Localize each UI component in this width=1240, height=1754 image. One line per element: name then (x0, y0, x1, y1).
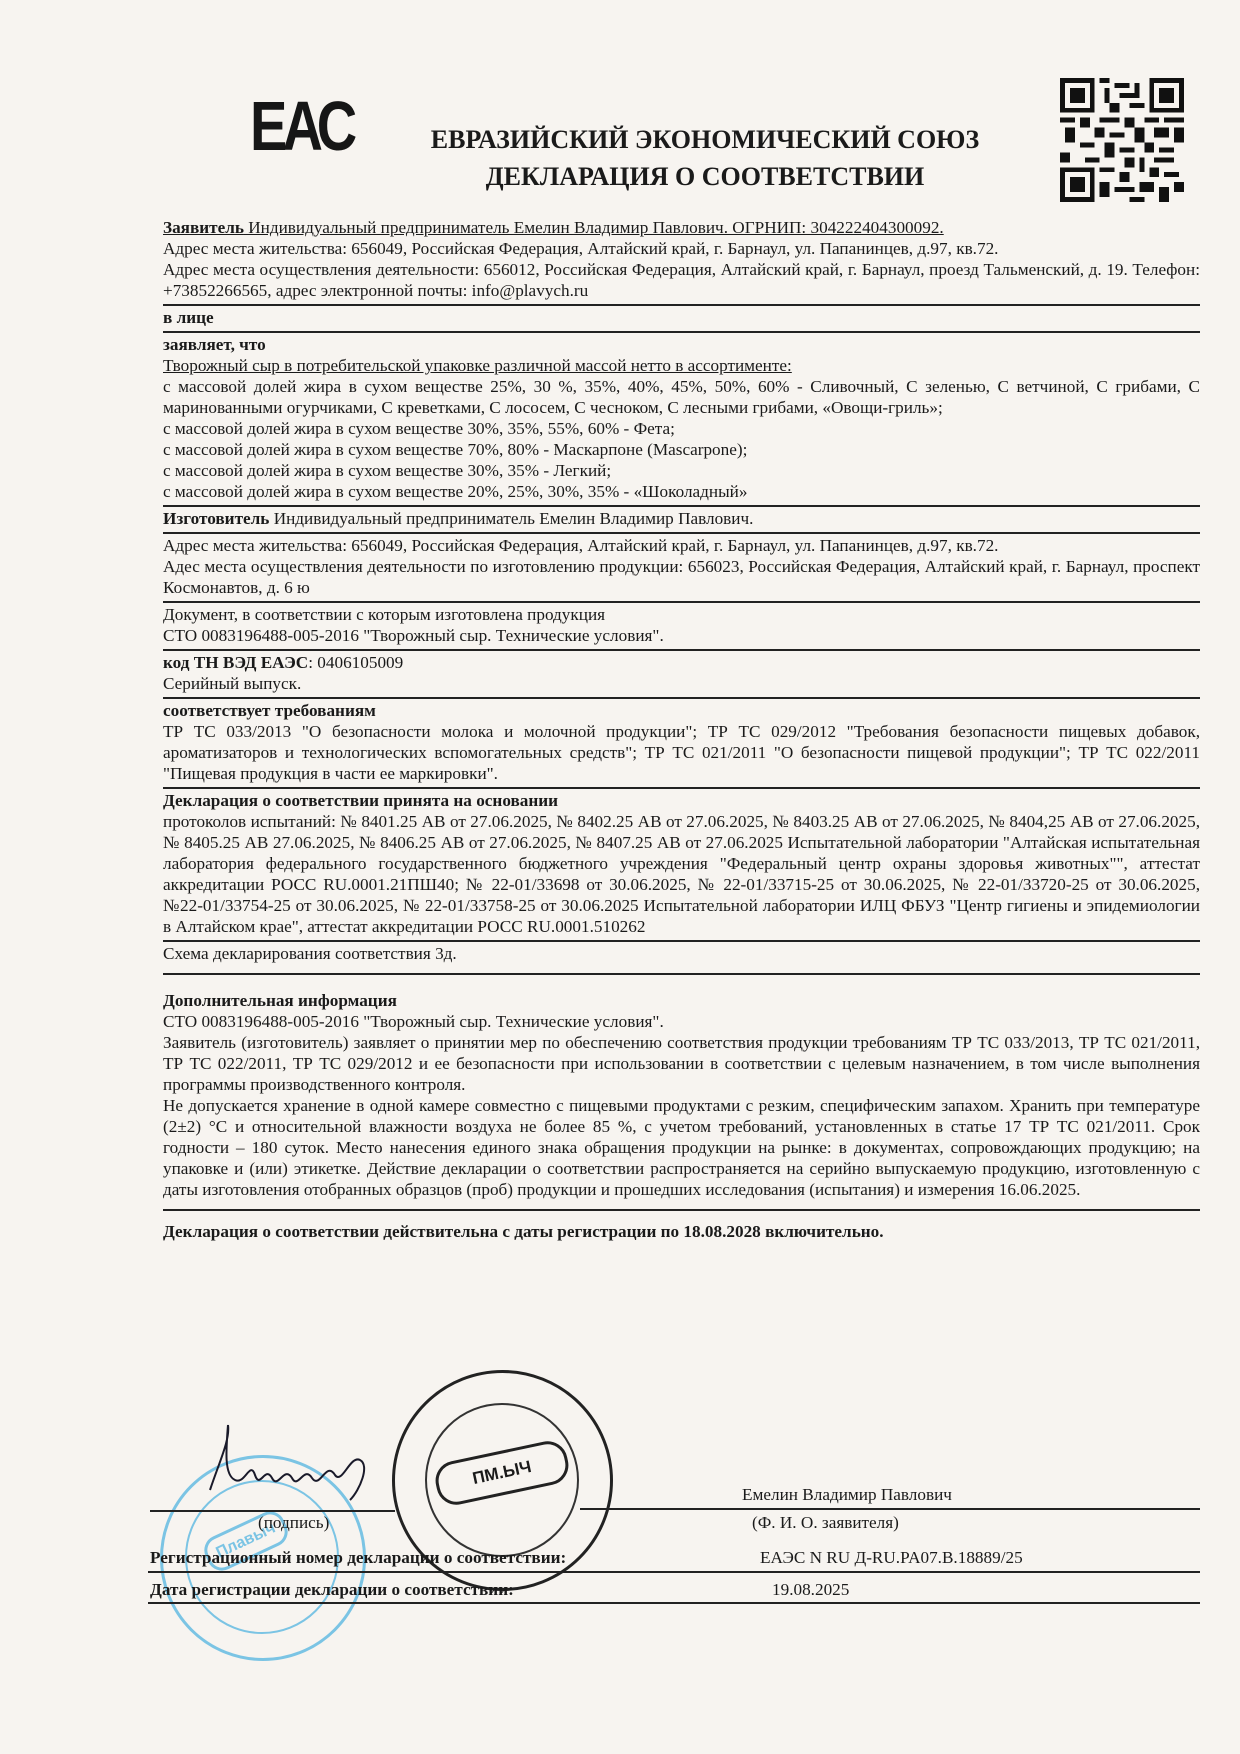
additional-section: Дополнительная информация СТО 0083196488… (163, 989, 1200, 1211)
hs-code-value: : 0406105009 (308, 653, 403, 672)
basis-text: протоколов испытаний: № 8401.25 АВ от 27… (163, 811, 1200, 937)
release-type: Серийный выпуск. (163, 673, 1200, 694)
eac-logo: ЕАС (250, 92, 314, 160)
manufacturer-name: Индивидуальный предприниматель Емелин Вл… (269, 509, 753, 528)
declares-section: заявляет, что Творожный сыр в потребител… (163, 333, 1200, 507)
signer-name-line (580, 1508, 1200, 1510)
signature-icon (200, 1420, 390, 1510)
product-title: Творожный сыр в потребительской упаковке… (163, 355, 1200, 376)
union-title: ЕВРАЗИЙСКИЙ ЭКОНОМИЧЕСКИЙ СОЮЗ (400, 125, 1010, 155)
additional-label: Дополнительная информация (163, 990, 1200, 1011)
product-line: с массовой долей жира в сухом веществе 3… (163, 460, 1200, 481)
declaration-body: Заявитель Индивидуальный предприниматель… (163, 216, 1200, 1242)
represented-by-label: в лице (163, 307, 1200, 328)
basis-section: Декларация о соответствии принята на осн… (163, 789, 1200, 942)
signer-name: Емелин Владимир Павлович (742, 1485, 952, 1505)
registration-date-value: 19.08.2025 (772, 1580, 849, 1600)
compliance-text: ТР ТС 033/2013 "О безопасности молока и … (163, 721, 1200, 784)
product-line: с массовой долей жира в сухом веществе 7… (163, 439, 1200, 460)
scheme-text: Схема декларирования соответствия 3д. (163, 943, 1200, 964)
product-line: с массовой долей жира в сухом веществе 2… (163, 481, 1200, 502)
applicant-activity-address: Адрес места осуществления деятельности: … (163, 259, 1200, 301)
signature-caption: (подпись) (258, 1513, 329, 1533)
applicant-section: Заявитель Индивидуальный предприниматель… (163, 216, 1200, 306)
hs-code-label: код ТН ВЭД ЕАЭС (163, 653, 308, 672)
document-label: Документ, в соответствии с которым изгот… (163, 604, 1200, 625)
applicant-label: Заявитель (163, 218, 244, 237)
manufacturer-production-address: Адес места осуществления деятельности по… (163, 556, 1200, 598)
manufacturer-label: Изготовитель (163, 509, 269, 528)
signature-line (150, 1510, 395, 1512)
document-section: Документ, в соответствии с которым изгот… (163, 603, 1200, 651)
document-title: ДЕКЛАРАЦИЯ О СООТВЕТСТВИИ (400, 162, 1010, 192)
validity-statement: Декларация о соответствии действительна … (163, 1221, 1200, 1242)
product-line: с массовой долей жира в сухом веществе 3… (163, 418, 1200, 439)
registration-date-line (148, 1602, 1200, 1604)
manufacturer-address-section: Адрес места жительства: 656049, Российск… (163, 534, 1200, 603)
qr-code-icon (1060, 78, 1184, 202)
additional-measures: Заявитель (изготовитель) заявляет о прин… (163, 1032, 1200, 1095)
compliance-section: соответствует требованиям ТР ТС 033/2013… (163, 699, 1200, 789)
hs-code-section: код ТН ВЭД ЕАЭС: 0406105009 Серийный вып… (163, 651, 1200, 699)
applicant-residence: Адрес места жительства: 656049, Российск… (163, 238, 1200, 259)
signer-caption: (Ф. И. О. заявителя) (752, 1513, 899, 1533)
registration-number-line (148, 1571, 1200, 1573)
represented-by-section: в лице (163, 306, 1200, 333)
additional-storage: Не допускается хранение в одной камере с… (163, 1095, 1200, 1200)
registration-number-value: ЕАЭС N RU Д-RU.PA07.B.18889/25 (760, 1548, 1023, 1568)
basis-label: Декларация о соответствии принята на осн… (163, 790, 1200, 811)
manufacturer-residence: Адрес места жительства: 656049, Российск… (163, 535, 1200, 556)
declaration-page: ЕАС ЕВРАЗИЙСКИЙ ЭКОНОМИЧЕСКИЙ СОЮЗ ДЕКЛА… (0, 0, 1240, 1754)
applicant-name: Индивидуальный предприниматель Емелин Вл… (244, 218, 944, 237)
compliance-label: соответствует требованиям (163, 700, 1200, 721)
additional-standard: СТО 0083196488-005-2016 "Творожный сыр. … (163, 1011, 1200, 1032)
registration-date-label: Дата регистрации декларации о соответств… (150, 1580, 514, 1600)
registration-number-label: Регистрационный номер декларации о соотв… (150, 1548, 566, 1568)
product-line: с массовой долей жира в сухом веществе 2… (163, 376, 1200, 418)
manufacturer-section: Изготовитель Индивидуальный предпринимат… (163, 507, 1200, 534)
scheme-section: Схема декларирования соответствия 3д. (163, 942, 1200, 975)
document-value: СТО 0083196488-005-2016 "Творожный сыр. … (163, 625, 1200, 646)
declares-label: заявляет, что (163, 334, 1200, 355)
